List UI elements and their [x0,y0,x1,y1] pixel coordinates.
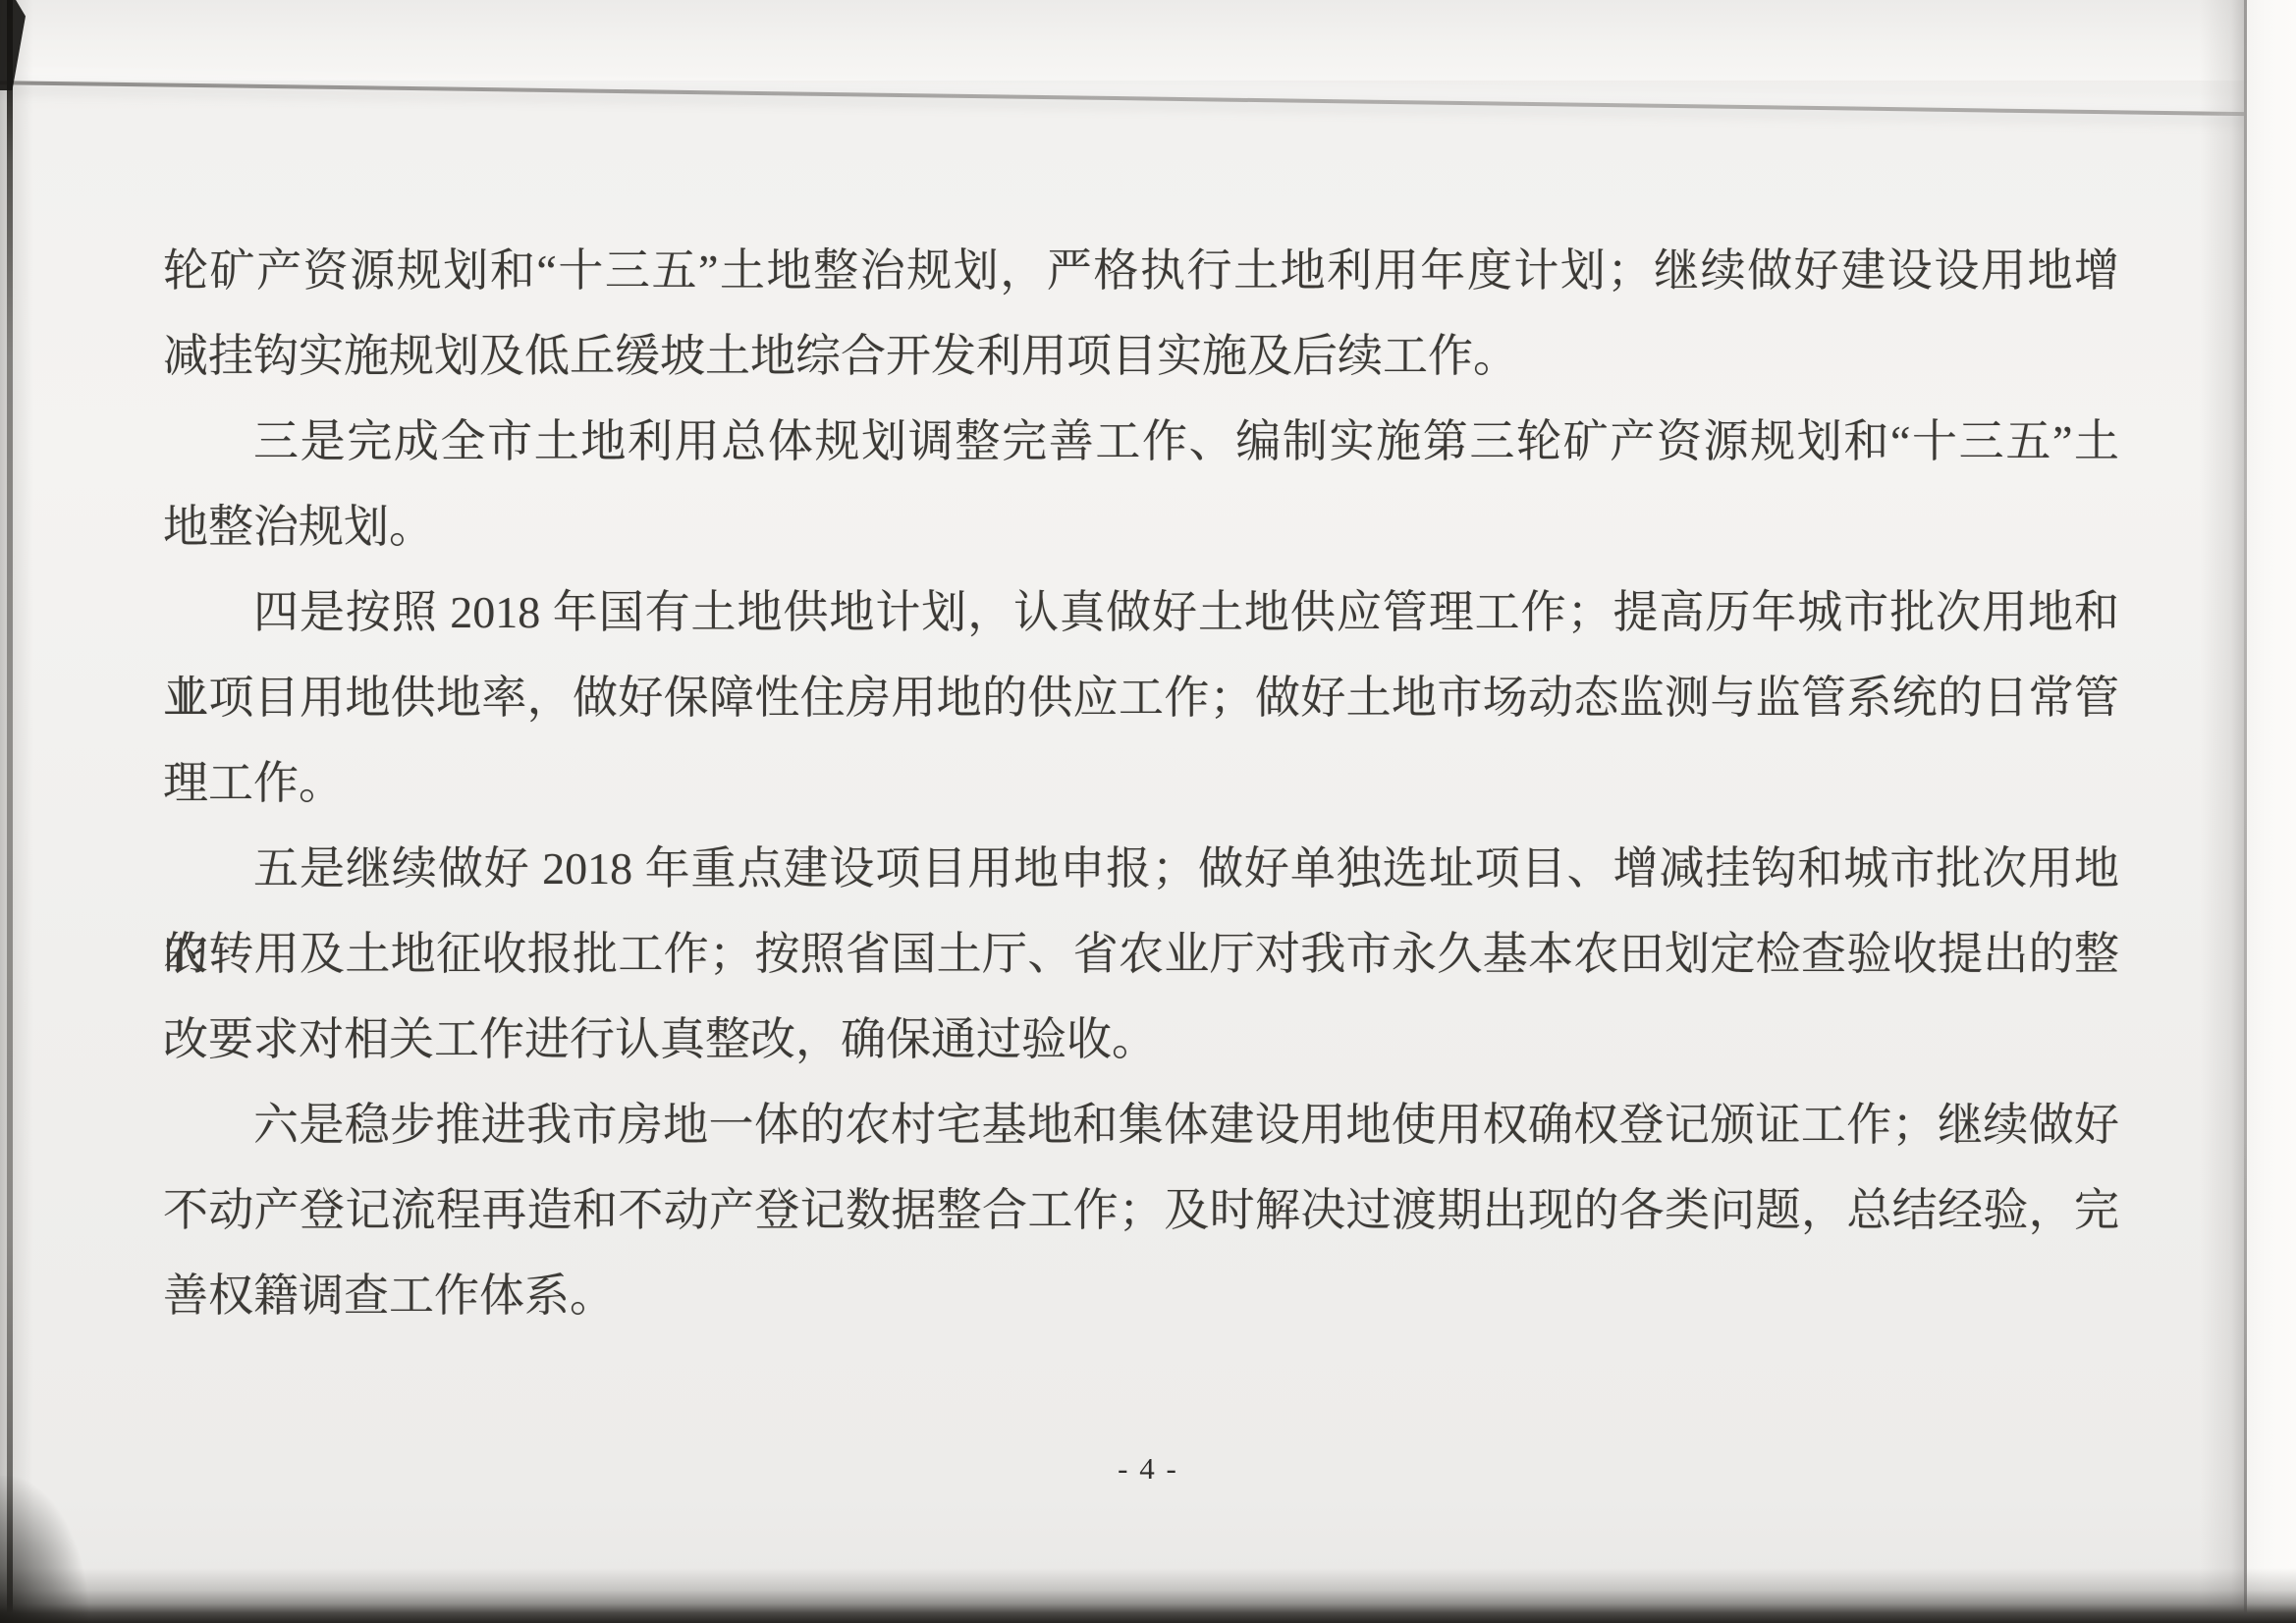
scanned-page: 轮矿产资源规划和“十三五”土地整治规划，严格执行土地利用年度计划；继续做好建设设… [0,0,2296,1623]
body-line: 四是按照 2018 年国有土地供地计划，认真做好土地供应管理工作；提高历年城市批… [163,569,2119,655]
scan-top-strip [0,0,2296,81]
body-line: 轮矿产资源规划和“十三五”土地整治规划，严格执行土地利用年度计划；继续做好建设设… [163,228,2119,313]
body-line: 五是继续做好 2018 年重点建设项目用地申报；做好单独选址项目、增减挂钩和城市… [163,826,2119,911]
body-line: 不动产登记流程再造和不动产登记数据整合工作；及时解决过渡期出现的各类问题，总结经… [163,1167,2119,1253]
page-crease-right [2244,0,2247,1623]
page-crease-shadow [2200,0,2245,1623]
scan-edge-left [7,0,13,1623]
scan-corner-mark-bottom-left [0,1476,88,1623]
body-line: 业项目用地供地率，做好保障性住房用地的供应工作；做好土地市场动态监测与监管系统的… [163,655,2119,740]
scan-left-shade [0,0,33,1623]
body-line: 农转用及土地征收报批工作；按照省国土厅、省农业厅对我市永久基本农田划定检查验收提… [163,911,2119,997]
page-fold-line [0,81,2250,116]
page-number: - 4 - [0,1451,2296,1487]
body-line: 善权籍调查工作体系。 [163,1253,2119,1338]
document-body: 轮矿产资源规划和“十三五”土地整治规划，严格执行土地利用年度计划；继续做好建设设… [163,228,2119,1338]
scan-right-strip [2245,0,2296,1623]
body-line: 减挂钩实施规划及低丘缓坡土地综合开发利用项目实施及后续工作。 [163,313,2119,399]
body-line: 地整治规划。 [163,484,2119,569]
scan-shadow-bottom [0,1568,2296,1623]
body-line: 改要求对相关工作进行认真整改，确保通过验收。 [163,997,2119,1082]
body-line: 三是完成全市土地利用总体规划调整完善工作、编制实施第三轮矿产资源规划和“十三五”… [163,399,2119,484]
body-line: 六是稳步推进我市房地一体的农村宅基地和集体建设用地使用权确权登记颁证工作；继续做… [163,1082,2119,1167]
body-line: 理工作。 [163,740,2119,826]
